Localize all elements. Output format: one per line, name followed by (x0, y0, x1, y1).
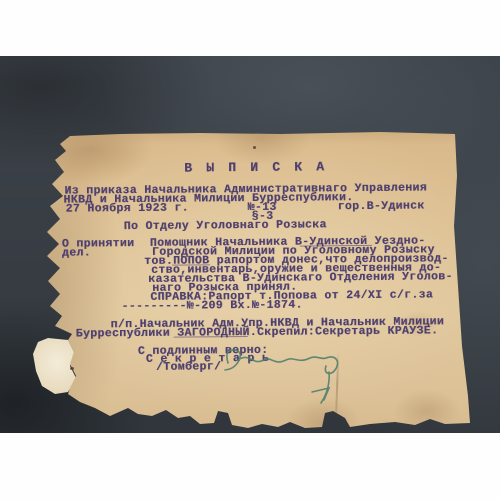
white-border-top (0, 0, 500, 56)
dark-table-background: В Ы П И С К А Из приказа Начальника Адми… (0, 56, 500, 433)
photo-of-document: В Ы П И С К А Из приказа Начальника Адми… (0, 0, 500, 500)
reference-number-line: ---------№-209 Вх.№-1874. (121, 300, 302, 313)
handwritten-signature (198, 339, 368, 419)
place-name: гор.В-Удинск (338, 200, 425, 212)
section-line: По Отделу Уголовнаго Розыска (124, 219, 327, 232)
subject-label: дел. (62, 247, 91, 259)
signed-line: Бурреспублики ЗАГОРОДНЫЙ.Скрепил:Секрета… (76, 325, 439, 340)
white-border-bottom (0, 433, 500, 500)
date-line: 27 Ноября 1923 г. (66, 203, 189, 216)
document-title: В Ы П И С К А (184, 160, 327, 174)
